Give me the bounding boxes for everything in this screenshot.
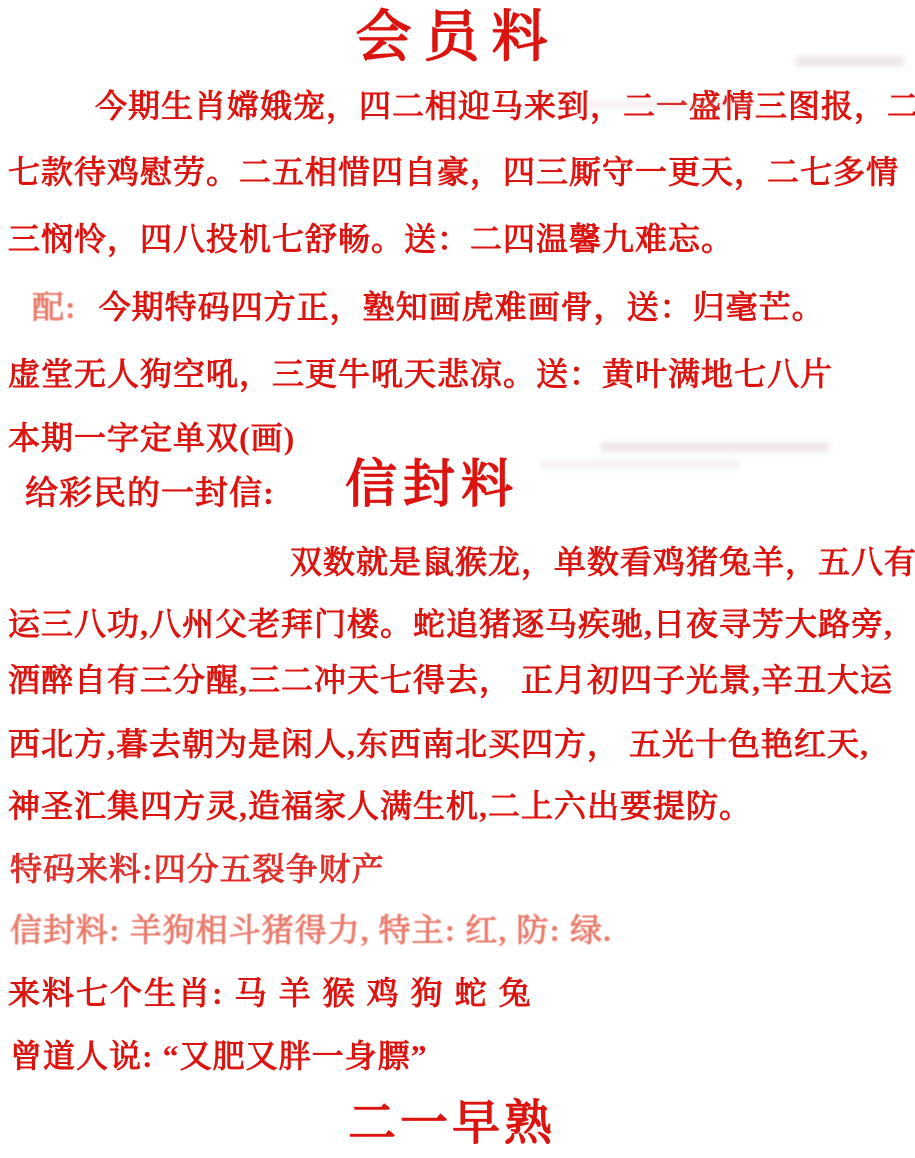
envelope-intro-label: 给彩民的一封信: bbox=[25, 476, 275, 514]
envelope-poem-line-3: 酒醉自有三分醒,三二冲天七得去， 正月初四子光景,辛丑大运 bbox=[8, 662, 893, 699]
footer-title: 二一早熟 bbox=[348, 1096, 556, 1151]
envelope-poem-line-2: 运三八功,八州父老拜门楼。蛇追猪逐马疾驰,日夜寻芳大路旁, bbox=[8, 606, 893, 643]
pei-label: 配: bbox=[32, 289, 77, 326]
envelope-poem-line-1: 双数就是鼠猴龙，单数看鸡猪兔羊，五八有 bbox=[290, 544, 915, 581]
member-poem-line-2: 七款待鸡慰劳。二五相惜四自豪，四三厮守一更天，二七多情 bbox=[8, 154, 899, 191]
odd-even-line: 本期一字定单双(画) bbox=[8, 420, 295, 457]
scan-smudge-artifact bbox=[600, 442, 830, 452]
scan-smudge-artifact bbox=[540, 460, 740, 469]
dog-verse-line: 虚堂无人狗空吼，三更牛吼天悲凉。送：黄叶满地七八片 bbox=[8, 356, 833, 393]
master-quote-line: 曾道人说: “又肥又胖一身膘” bbox=[10, 1038, 428, 1075]
envelope-poem-line-4: 西北方,暮去朝为是闲人,东西南北买四方， 五光十色艳红天, bbox=[8, 726, 869, 763]
envelope-note-line: 信封料: 羊狗相斗猪得力, 特主: 红, 防: 绿. bbox=[10, 912, 612, 949]
member-section-title: 会员料 bbox=[0, 6, 915, 70]
pei-text: 今期特码四方正，塾知画虎难画骨，送：归毫芒。 bbox=[99, 289, 825, 325]
lottery-tip-sheet: { "colors": { "ink": "#dc1410", "ink_fad… bbox=[0, 0, 915, 1158]
zodiac-list-line: 来料七个生肖: 马 羊 猴 鸡 狗 蛇 兔 bbox=[8, 975, 533, 1012]
envelope-poem-line-5: 神圣汇集四方灵,造福家人满生机,二上六出要提防。 bbox=[8, 788, 752, 825]
member-poem-line-1: 今期生肖嫦娥宠，四二相迎马来到，二一盛情三图报，二 bbox=[95, 88, 915, 125]
envelope-section-title: 信封料 bbox=[345, 456, 519, 516]
special-code-line: 特码来料:四分五裂争财产 bbox=[10, 851, 385, 888]
member-poem-line-3: 三悯怜，四八投机七舒畅。送：二四温馨九难忘。 bbox=[8, 221, 734, 258]
pei-line: 配:今期特码四方正，塾知画虎难画骨，送：归毫芒。 bbox=[32, 289, 825, 326]
